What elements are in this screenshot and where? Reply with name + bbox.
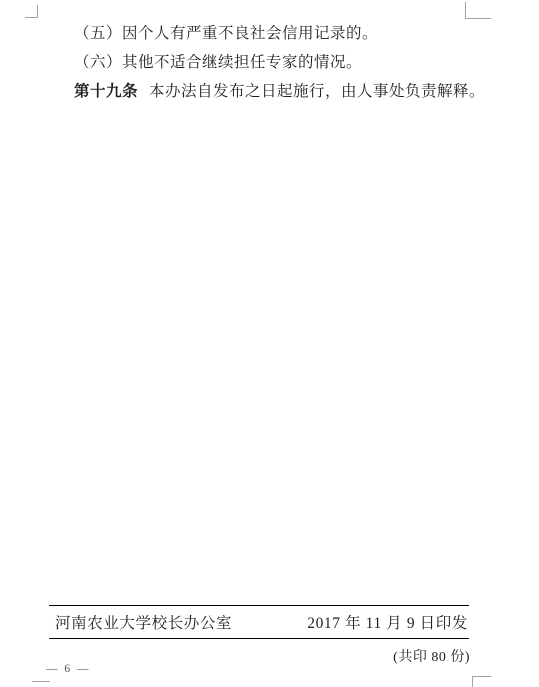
document-page: （五）因个人有严重不良社会信用记录的。 （六）其他不适合继续担任专家的情况。 第…: [0, 0, 539, 687]
article-19-paragraph: 第十九条本办法自发布之日起施行，由人事处负责解释。: [74, 83, 485, 100]
margin-mark-bottom-left-icon: [32, 681, 50, 687]
colophon-top-rule: [49, 605, 469, 606]
colophon-bottom-rule: [49, 638, 469, 639]
clause-item-6: （六）其他不适合继续担任专家的情况。: [74, 54, 362, 71]
print-date: 2017 年 11 月 9 日印发: [307, 611, 469, 633]
page-number: — 6 —: [46, 663, 91, 675]
colophon-row: 河南农业大学校长办公室 2017 年 11 月 9 日印发: [49, 611, 469, 633]
copies-printed-note: (共印 80 份): [49, 646, 470, 666]
article-19-text: 本办法自发布之日起施行，由人事处负责解释。: [149, 83, 485, 100]
margin-mark-top-right-icon: [465, 2, 491, 19]
margin-mark-top-left-icon: [25, 5, 38, 18]
article-19-number: 第十九条: [74, 83, 138, 100]
issuing-office: 河南农业大学校长办公室: [49, 611, 232, 633]
margin-mark-bottom-right-icon: [472, 676, 491, 687]
clause-item-5: （五）因个人有严重不良社会信用记录的。: [74, 25, 378, 42]
